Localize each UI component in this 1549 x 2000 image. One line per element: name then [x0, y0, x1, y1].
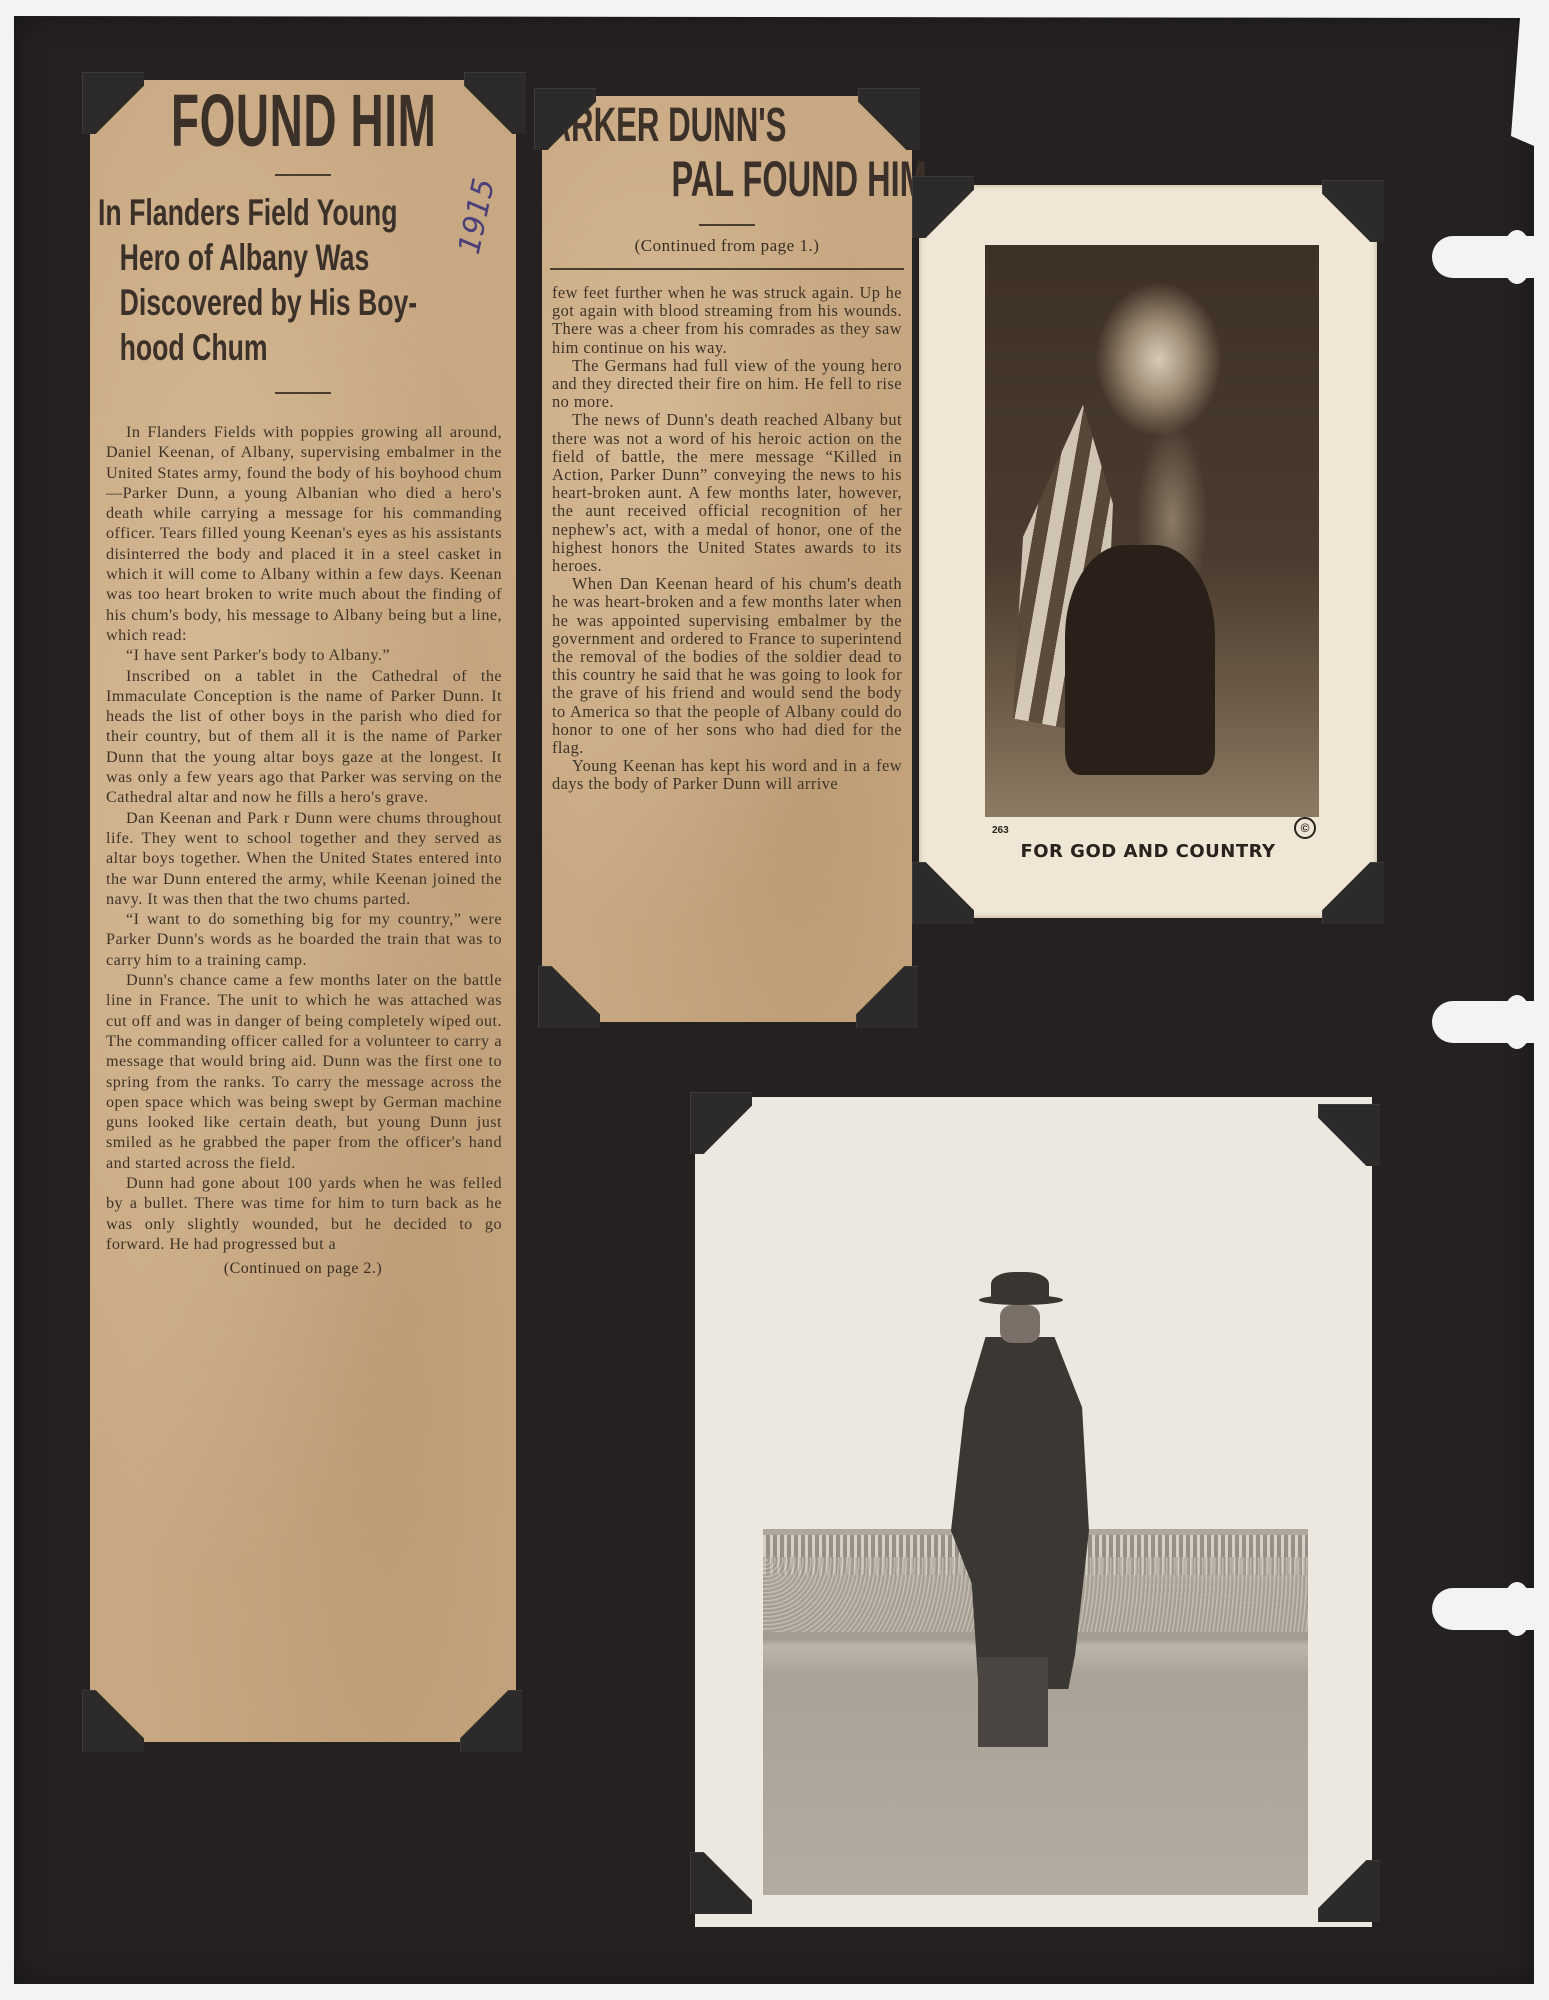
- copyright-icon: ©: [1294, 817, 1316, 839]
- article-paragraph: “I want to do something big for my count…: [106, 909, 502, 970]
- newspaper-clipping-pal-found-him: ARKER DUNN'S PAL FOUND HIM (Continued fr…: [542, 96, 912, 1022]
- subheadline-line: Hero of Albany Was: [98, 235, 399, 280]
- article-paragraph: The Germans had full view of the young h…: [552, 357, 902, 412]
- article-paragraph: Dunn had gone about 100 yards when he wa…: [106, 1173, 502, 1254]
- article-body: few feet further when he was struck agai…: [542, 284, 912, 794]
- subheadline: In Flanders Field Young Hero of Albany W…: [90, 190, 516, 370]
- article-paragraph: Young Keenan has kept his word and in a …: [552, 757, 902, 793]
- subheadline-line: hood Chum: [98, 325, 399, 370]
- article-body: In Flanders Fields with poppies growing …: [90, 422, 516, 1254]
- clipping-headline: FOUND HIM: [171, 82, 435, 160]
- card-number: 263: [992, 825, 1009, 836]
- binder-hole-top: [1432, 236, 1549, 278]
- continued-note: (Continued on page 2.): [90, 1260, 516, 1278]
- article-paragraph: The news of Dunn's death reached Albany …: [552, 411, 902, 575]
- article-paragraph: Inscribed on a tablet in the Cathedral o…: [106, 666, 502, 808]
- binder-hole-bottom: [1432, 1588, 1549, 1630]
- hat-brim: [979, 1295, 1063, 1305]
- article-paragraph: few feet further when he was struck agai…: [552, 284, 902, 357]
- binder-hole-middle: [1432, 1001, 1549, 1043]
- article-paragraph: Dan Keenan and Park r Dunn were chums th…: [106, 808, 502, 909]
- kneeling-soldier-illustration: [1065, 545, 1215, 775]
- headline-rule: [699, 224, 755, 226]
- subheadline-line: In Flanders Field Young: [98, 190, 399, 235]
- man-face: [1000, 1305, 1040, 1343]
- cemetery-photograph: [695, 1097, 1372, 1927]
- newspaper-clipping-found-him: FOUND HIM In Flanders Field Young Hero o…: [90, 80, 516, 1742]
- headline-rule: [275, 174, 331, 176]
- card-caption: FOR GOD AND COUNTRY: [919, 841, 1377, 862]
- article-paragraph: When Dan Keenan heard of his chum's deat…: [552, 575, 902, 757]
- article-paragraph: “I have sent Parker's body to Albany.”: [106, 645, 502, 665]
- crucifix-soldier-illustration: [985, 245, 1319, 817]
- subheadline-rule: [275, 392, 331, 394]
- clipping-headline-line2: PAL FOUND HIM: [672, 152, 913, 206]
- article-paragraph: Dunn's chance came a few months later on…: [106, 970, 502, 1173]
- section-rule: [550, 268, 904, 270]
- subheadline-line: Discovered by His Boy-: [98, 280, 399, 325]
- man-legs: [978, 1657, 1048, 1747]
- continued-from-note: (Continued from page 1.): [542, 236, 912, 256]
- article-paragraph: In Flanders Fields with poppies growing …: [106, 422, 502, 645]
- prayer-card: 263 © FOR GOD AND COUNTRY: [919, 185, 1377, 918]
